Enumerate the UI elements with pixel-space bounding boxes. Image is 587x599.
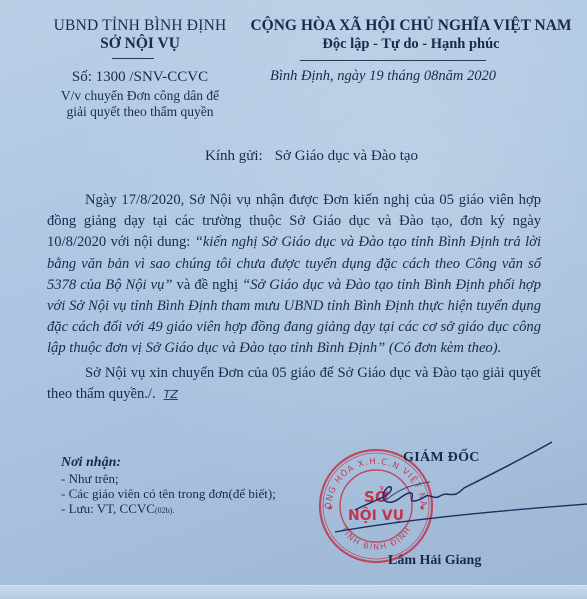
paragraph-1: Ngày 17/8/2020, Sở Nội vụ nhận được Đơn … — [47, 190, 541, 360]
national-title: CỘNG HÒA XÃ HỘI CHỦ NGHĨA VIỆT NAM — [236, 17, 586, 35]
issuer: SỞ NỘI VỤ — [35, 35, 245, 53]
archive-count: (02b). — [155, 506, 174, 515]
handwritten-signature-icon — [330, 440, 587, 560]
divider-left — [112, 58, 154, 59]
paragraph-2: Sở Nội vụ xin chuyển Đơn của 05 giáo để … — [47, 363, 541, 405]
paper-edge — [0, 585, 587, 599]
addressee-label: Kính gửi: — [205, 148, 263, 164]
paragraph-1-mid: và đề nghị — [173, 277, 243, 293]
addressee-name: Sở Giáo dục và Đào tạo — [275, 148, 418, 164]
subject: V/v chuyển Đơn công dân để giải quyết th… — [35, 88, 245, 120]
issuer-parent: UBND TỈNH BÌNH ĐỊNH — [35, 17, 245, 35]
paragraph-2-text: Sở Nội vụ xin chuyển Đơn của 05 giáo để … — [47, 365, 541, 402]
letter-body: Ngày 17/8/2020, Sở Nội vụ nhận được Đơn … — [47, 190, 541, 405]
subject-line-1: V/v chuyển Đơn công dân để — [35, 88, 245, 104]
divider-right — [300, 60, 486, 61]
recipient-item: - Lưu: VT, CCVC(02b). — [61, 501, 276, 518]
national-motto: Độc lập - Tự do - Hạnh phúc — [236, 36, 586, 53]
recipient-item: - Các giáo viên có tên trong đơn(để biết… — [61, 486, 276, 501]
signer-name: Lâm Hải Giang — [388, 553, 481, 569]
handwritten-initials: TZ — [164, 388, 178, 401]
recipients-list: Nơi nhận: - Như trên; - Các giáo viên có… — [61, 455, 276, 518]
subject-line-2: giải quyết theo thẩm quyền — [35, 104, 245, 120]
place-date: Bình Định, ngày 19 tháng 08năm 2020 — [270, 68, 496, 85]
addressee: Kính gửi:Sở Giáo dục và Đào tạo — [205, 148, 418, 165]
recipient-item: - Như trên; — [61, 471, 276, 486]
document-number: Số: 1300 /SNV-CCVC — [35, 69, 245, 86]
recipients-title: Nơi nhận: — [61, 455, 276, 470]
